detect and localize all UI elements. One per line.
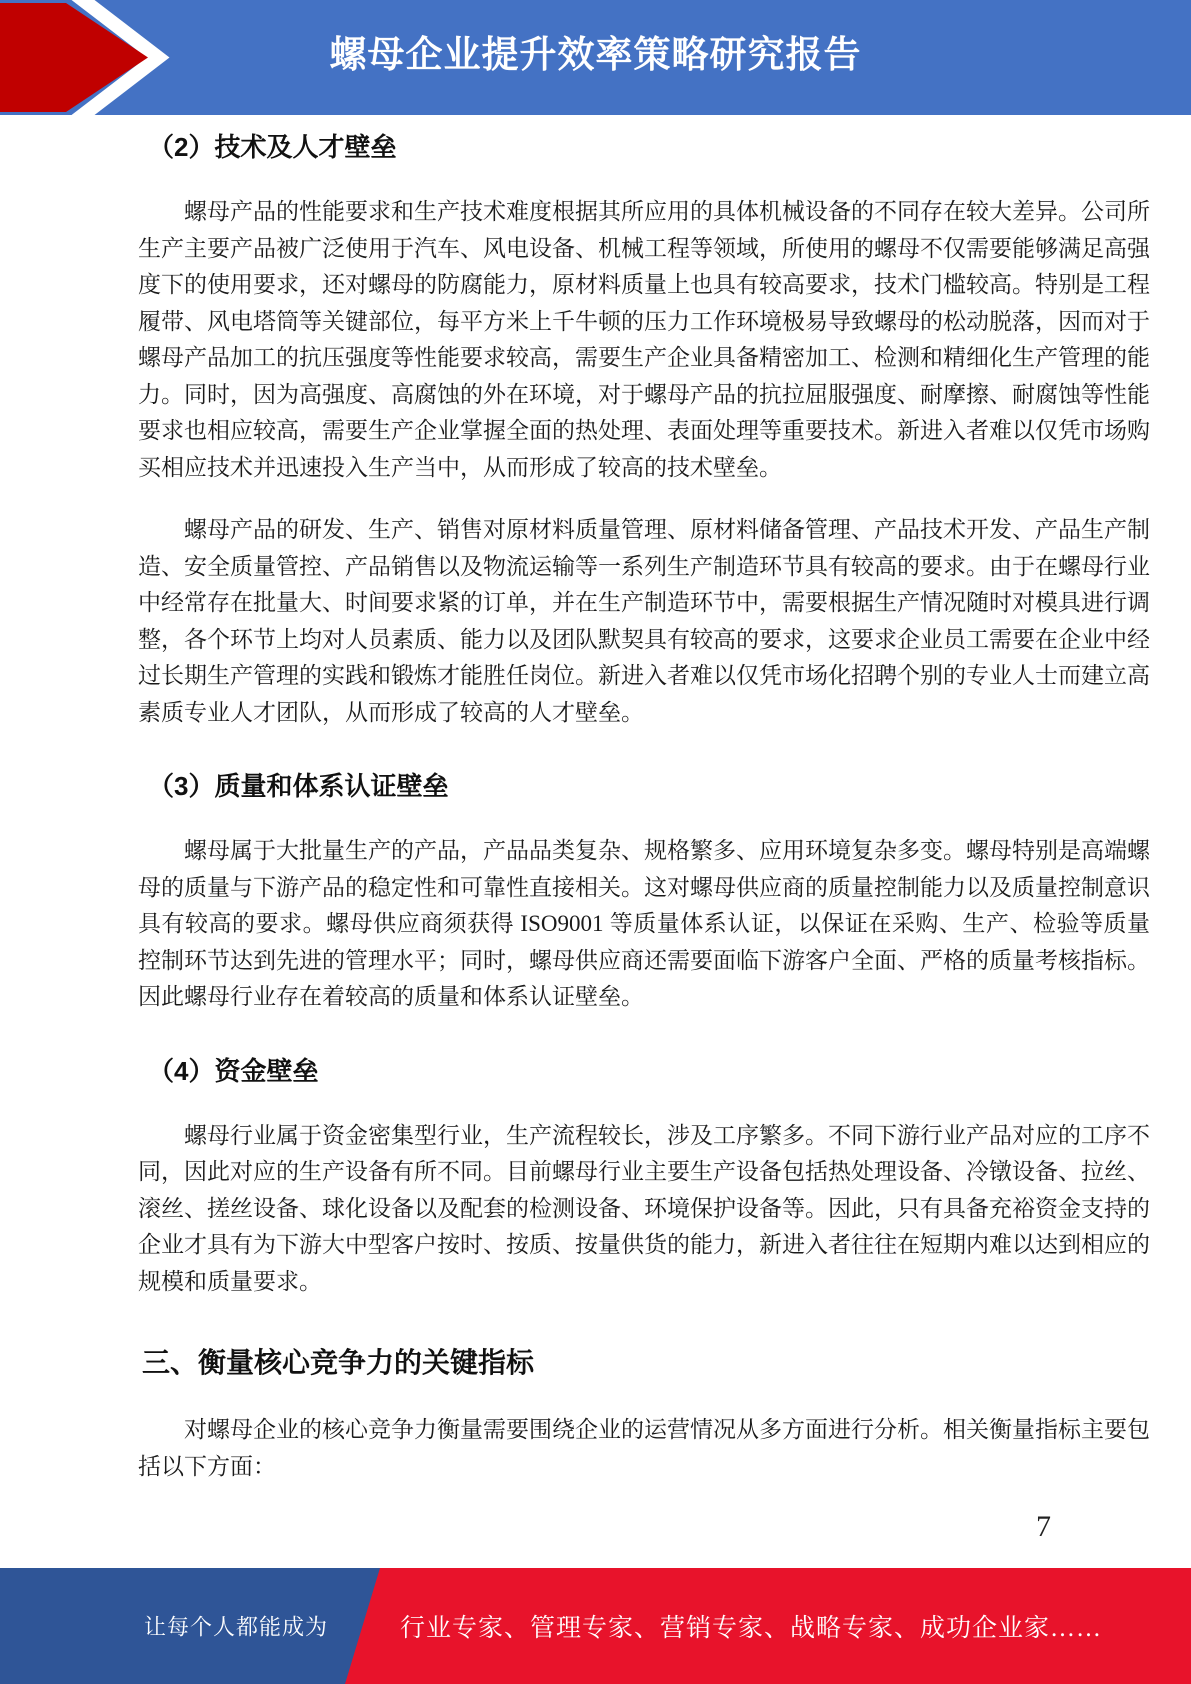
section-heading-tech-talent-barrier: （2）技术及人才壁垒: [138, 130, 1150, 164]
paragraph-tech-barrier: 螺母产品的性能要求和生产技术难度根据其所应用的具体机械设备的不同存在较大差异。公…: [138, 194, 1150, 486]
section-heading-capital-barrier: （4）资金壁垒: [138, 1054, 1150, 1088]
report-body: （2）技术及人才壁垒 螺母产品的性能要求和生产技术难度根据其所应用的具体机械设备…: [0, 0, 1191, 1511]
page-number: 7: [1036, 1510, 1051, 1544]
paragraph-key-indicators-intro: 对螺母企业的核心竞争力衡量需要围绕企业的运营情况从多方面进行分析。相关衡量指标主…: [138, 1412, 1150, 1485]
report-page: 螺母企业提升效率策略研究报告 （2）技术及人才壁垒 螺母产品的性能要求和生产技术…: [0, 0, 1191, 1684]
footer-slogan-right: 行业专家、管理专家、营销专家、战略专家、成功企业家……: [400, 1608, 1102, 1644]
paragraph-talent-barrier: 螺母产品的研发、生产、销售对原材料质量管理、原材料储备管理、产品技术开发、产品生…: [138, 512, 1150, 731]
paragraph-quality-certification: 螺母属于大批量生产的产品，产品品类复杂、规格繁多、应用环境复杂多变。螺母特别是高…: [138, 833, 1150, 1016]
page-footer: 让每个人都能成为 行业专家、管理专家、营销专家、战略专家、成功企业家……: [0, 1568, 1191, 1684]
section-heading-quality-certification-barrier: （3）质量和体系认证壁垒: [138, 769, 1150, 803]
footer-slogan-left: 让每个人都能成为: [144, 1611, 328, 1642]
chapter-heading-key-indicators: 三、衡量核心竞争力的关键指标: [138, 1344, 1150, 1382]
paragraph-capital-barrier: 螺母行业属于资金密集型行业，生产流程较长，涉及工序繁多。不同下游行业产品对应的工…: [138, 1118, 1150, 1301]
